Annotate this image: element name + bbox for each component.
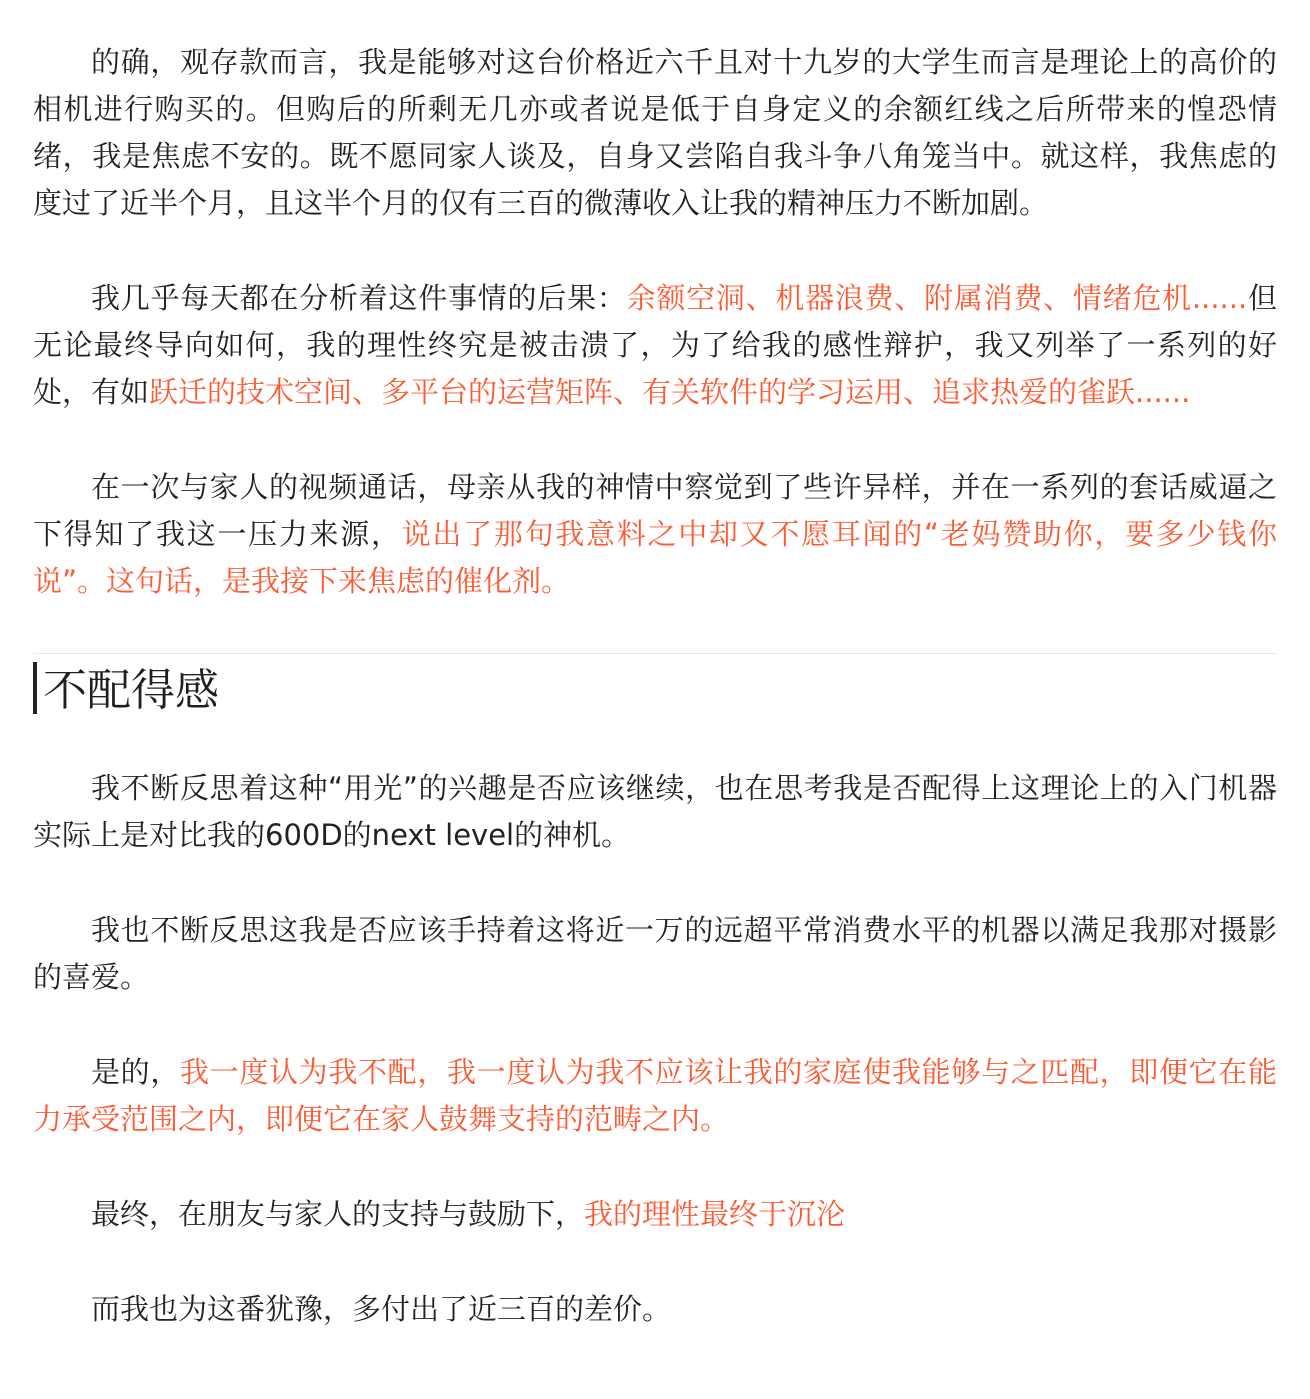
paragraph-reflection-1: 我不断反思着这种“用光”的兴趣是否应该继续，也在思考我是否配得上这理论上的入门机… [33, 765, 1277, 859]
paragraph-analysis: 我几乎每天都在分析着这件事情的后果：余额空洞、机器浪费、附属消费、情绪危机...… [33, 275, 1277, 416]
paragraph-price-difference: 而我也为这番犹豫，多付出了近三百的差价。 [33, 1286, 1277, 1333]
article-body: 的确，观存款而言，我是能够对这台价格近六千且对十九岁的大学生而言是理论上的高价的… [33, 39, 1277, 1333]
paragraph-unworthy: 是的，我一度认为我不配，我一度认为我不应该让我的家庭使我能够与之匹配，即便它在能… [33, 1049, 1277, 1143]
text-run: 最终，在朋友与家人的支持与鼓励下， [91, 1197, 584, 1231]
heading-bar [33, 662, 37, 714]
text-run: 而我也为这番犹豫，多付出了近三百的差价。 [91, 1292, 671, 1326]
highlight-run: 我的理性最终于沉沦 [584, 1197, 845, 1231]
paragraph-anxiety: 的确，观存款而言，我是能够对这台价格近六千且对十九岁的大学生而言是理论上的高价的… [33, 39, 1277, 227]
article-page: 的确，观存款而言，我是能够对这台价格近六千且对十九岁的大学生而言是理论上的高价的… [0, 0, 1310, 1399]
text-run: 是的， [91, 1055, 180, 1089]
section-heading-unworthiness: 不配得感 [33, 662, 1277, 717]
text-run: 我不断反思着这种“用光”的兴趣是否应该继续，也在思考我是否配得上这理论上的入门机… [33, 771, 1277, 852]
section-divider [33, 653, 1277, 654]
text-run: 我也不断反思这我是否应该手持着这将近一万的远超平常消费水平的机器以满足我那对摄影… [33, 913, 1277, 994]
highlight-run: 跃迁的技术空间、多平台的运营矩阵、有关软件的学习运用、追求热爱的雀跃...... [149, 375, 1190, 409]
section-heading-label: 不配得感 [43, 665, 219, 716]
highlight-run: 余额空洞、机器浪费、附属消费、情绪危机...... [627, 281, 1248, 315]
text-run: 我几乎每天都在分析着这件事情的后果： [91, 281, 627, 315]
highlight-run: 我一度认为我不配，我一度认为我不应该让我的家庭使我能够与之匹配，即便它在能力承受… [33, 1055, 1277, 1136]
paragraph-video-call: 在一次与家人的视频通话，母亲从我的神情中察觉到了些许异样，并在一系列的套话威逼之… [33, 464, 1277, 605]
paragraph-final-decision: 最终，在朋友与家人的支持与鼓励下，我的理性最终于沉沦 [33, 1191, 1277, 1238]
text-run: 的确，观存款而言，我是能够对这台价格近六千且对十九岁的大学生而言是理论上的高价的… [33, 45, 1277, 220]
paragraph-reflection-2: 我也不断反思这我是否应该手持着这将近一万的远超平常消费水平的机器以满足我那对摄影… [33, 907, 1277, 1001]
